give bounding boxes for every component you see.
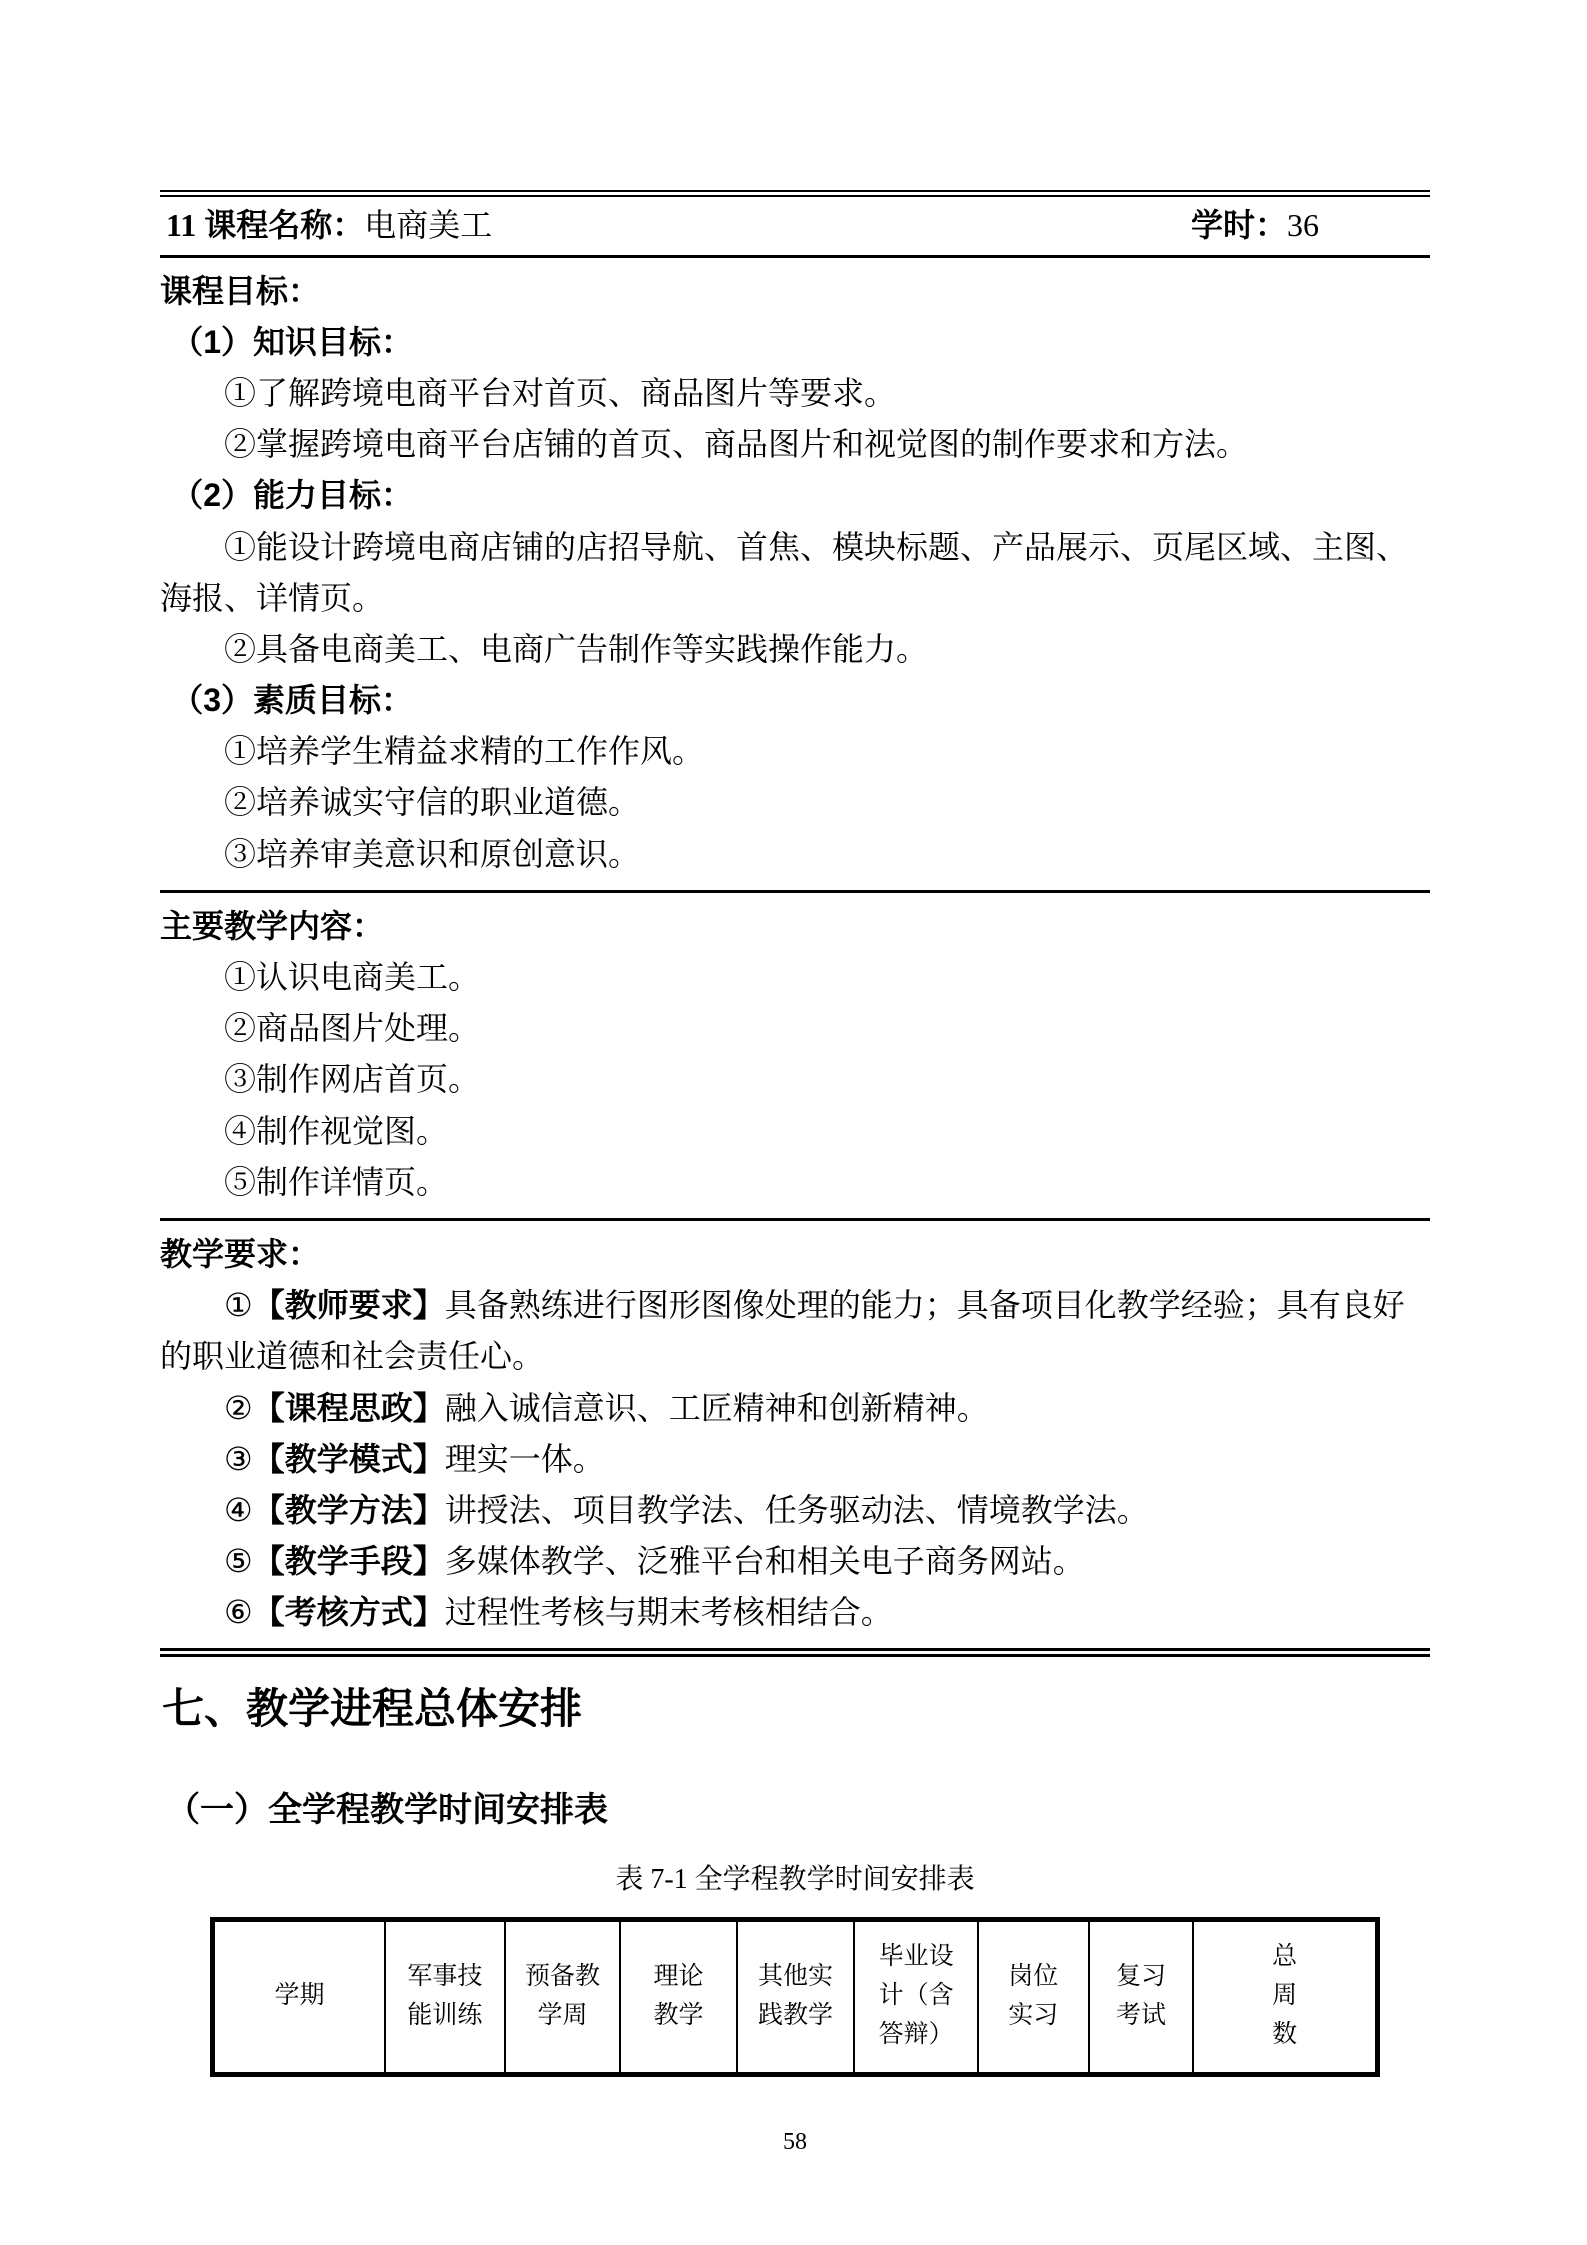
course-goals-title: 课程目标： [160, 266, 1430, 317]
table-header-row: 学期 军事技 能训练 预备教 学周 理论 教学 其他实 践教学 毕业设 计（含 … [213, 1919, 1378, 2074]
goal-item: ②具备电商美工、电商广告制作等实践操作能力。 [160, 624, 1430, 675]
teaching-requirements-section: 教学要求： ①【教师要求】具备熟练进行图形图像处理的能力；具备项目化教学经验；具… [160, 1221, 1430, 1649]
requirement-tag: 【课程思政】 [253, 1390, 445, 1426]
goal-item: ①培养学生精益求精的工作作风。 [160, 726, 1430, 777]
content-item: ⑤制作详情页。 [160, 1157, 1430, 1208]
goal-group-title: （1）知识目标： [160, 317, 1430, 368]
item-number: ⑥ [224, 1594, 253, 1630]
col-header-other-practice: 其他实 践教学 [737, 1919, 855, 2074]
requirement-item: ③【教学模式】理实一体。 [160, 1434, 1430, 1485]
col-header-semester: 学期 [213, 1919, 385, 2074]
item-number: ① [224, 1287, 253, 1323]
requirement-tag: 【教学模式】 [253, 1441, 445, 1477]
teaching-content-title: 主要教学内容： [160, 901, 1430, 952]
section-subheading: （一）全学程教学时间安排表 [166, 1788, 1430, 1832]
requirement-tag: 【考核方式】 [253, 1594, 445, 1630]
course-number-label: 11 课程名称： [166, 207, 364, 243]
hours-label: 学时： [1191, 207, 1287, 243]
item-number: ③ [224, 1441, 253, 1477]
teaching-requirements-title: 教学要求： [160, 1229, 1430, 1280]
goal-item: ①了解跨境电商平台对首页、商品图片等要求。 [160, 368, 1430, 419]
item-number: ⑤ [224, 1543, 253, 1579]
course-name-cell: 11 课程名称：电商美工 [166, 201, 492, 251]
requirement-text: 讲授法、项目教学法、任务驱动法、情境教学法。 [445, 1492, 1149, 1528]
col-header-military-training: 军事技 能训练 [385, 1919, 505, 2074]
col-header-review-exam: 复习 考试 [1089, 1919, 1194, 2074]
course-name: 电商美工 [364, 207, 492, 243]
page-number: 58 [160, 2129, 1430, 2156]
requirement-tag: 【教学方法】 [253, 1492, 445, 1528]
item-number: ② [224, 1390, 253, 1426]
goal-item: ②培养诚实守信的职业道德。 [160, 777, 1430, 828]
goal-group-title: （3）素质目标： [160, 675, 1430, 726]
requirement-item: ④【教学方法】讲授法、项目教学法、任务驱动法、情境教学法。 [160, 1485, 1430, 1536]
course-info-block: 11 课程名称：电商美工 学时：36 课程目标： （1）知识目标： ①了解跨境电… [160, 190, 1430, 1657]
requirement-text: 融入诚信意识、工匠精神和创新精神。 [445, 1390, 989, 1426]
section-heading: 七、教学进程总体安排 [162, 1683, 1430, 1736]
col-header-theory-teaching: 理论 教学 [620, 1919, 737, 2074]
col-header-post-internship: 岗位 实习 [978, 1919, 1089, 2074]
course-hours-cell: 学时：36 [1191, 201, 1424, 251]
teaching-content-section: 主要教学内容： ①认识电商美工。 ②商品图片处理。 ③制作网店首页。 ④制作视觉… [160, 893, 1430, 1221]
goal-item: ①能设计跨境电商店铺的店招导航、首焦、模块标题、产品展示、页尾区域、主图、海报、… [160, 522, 1430, 624]
col-header-graduation-design: 毕业设 计（含 答辩） [854, 1919, 977, 2074]
table-caption: 表 7-1 全学程教学时间安排表 [160, 1862, 1430, 1898]
requirement-text: 理实一体。 [445, 1441, 605, 1477]
requirement-item: ②【课程思政】融入诚信意识、工匠精神和创新精神。 [160, 1383, 1430, 1434]
course-goals-section: 课程目标： （1）知识目标： ①了解跨境电商平台对首页、商品图片等要求。 ②掌握… [160, 258, 1430, 893]
content-item: ①认识电商美工。 [160, 952, 1430, 1003]
requirement-item: ⑥【考核方式】过程性考核与期末考核相结合。 [160, 1587, 1430, 1638]
requirement-item: ⑤【教学手段】多媒体教学、泛雅平台和相关电子商务网站。 [160, 1536, 1430, 1587]
requirement-tag: 【教学手段】 [253, 1543, 445, 1579]
content-item: ②商品图片处理。 [160, 1003, 1430, 1054]
requirement-tag: 【教师要求】 [253, 1287, 445, 1323]
hours-value: 36 [1287, 207, 1319, 243]
requirement-text: 过程性考核与期末考核相结合。 [445, 1594, 893, 1630]
schedule-table: 学期 军事技 能训练 预备教 学周 理论 教学 其他实 践教学 毕业设 计（含 … [210, 1917, 1380, 2077]
requirement-item: ①【教师要求】具备熟练进行图形图像处理的能力；具备项目化教学经验；具有良好的职业… [160, 1280, 1430, 1382]
col-header-total-weeks: 总 周 数 [1193, 1919, 1377, 2074]
content-item: ④制作视觉图。 [160, 1106, 1430, 1157]
content-item: ③制作网店首页。 [160, 1054, 1430, 1105]
requirement-text: 多媒体教学、泛雅平台和相关电子商务网站。 [445, 1543, 1085, 1579]
goal-group-title: （2）能力目标： [160, 470, 1430, 521]
goal-item: ③培养审美意识和原创意识。 [160, 829, 1430, 880]
item-number: ④ [224, 1492, 253, 1528]
col-header-prep-week: 预备教 学周 [505, 1919, 620, 2074]
goal-item: ②掌握跨境电商平台店铺的首页、商品图片和视觉图的制作要求和方法。 [160, 419, 1430, 470]
document-page: 11 课程名称：电商美工 学时：36 课程目标： （1）知识目标： ①了解跨境电… [0, 0, 1587, 2245]
course-header-row: 11 课程名称：电商美工 学时：36 [160, 197, 1430, 258]
